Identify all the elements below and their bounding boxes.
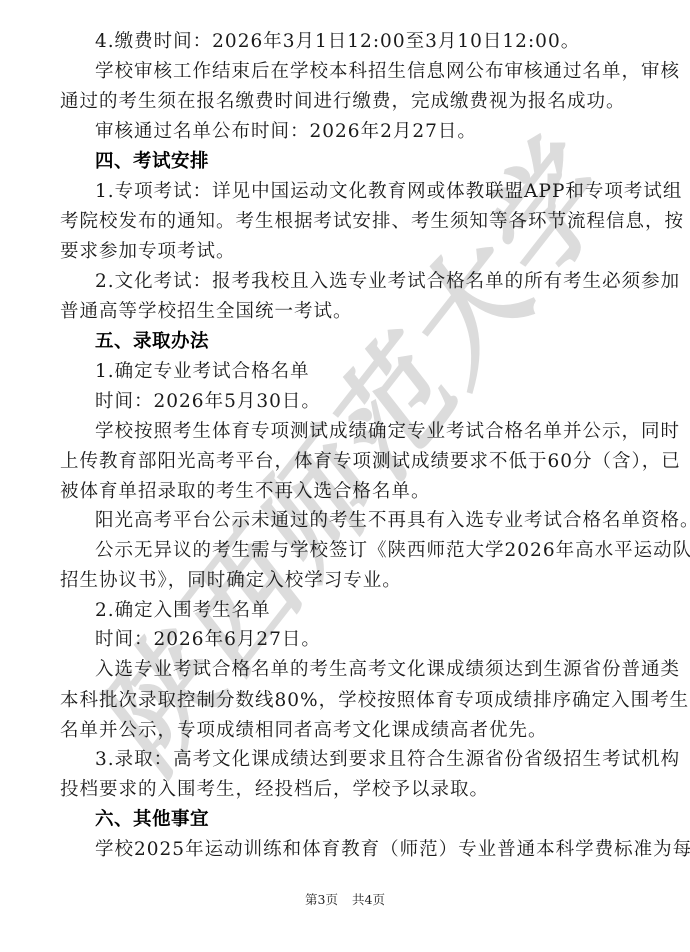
section-heading-admission-method: 五、录取办法 <box>95 327 627 357</box>
subheading-shortlist: 2.确定入围考生名单 <box>95 596 627 626</box>
paragraph-line: 要求参加专项考试。 <box>60 237 627 267</box>
paragraph-line: 名单并公示，专项成绩相同者高考文化课成绩高者优先。 <box>60 716 627 746</box>
paragraph-line: 考院校发布的通知。考生根据考试安排、考生须知等各环节流程信息，按 <box>60 207 627 237</box>
paragraph-line: 招生协议书》，同时确定入校学习专业。 <box>60 566 627 596</box>
paragraph-line: 学校按照考生体育专项测试成绩确定专业考试合格名单并公示，同时 <box>95 417 627 447</box>
paragraph-line: 普通高等学校招生全国统一考试。 <box>60 297 627 327</box>
section-heading-other-matters: 六、其他事宜 <box>95 805 627 835</box>
total-pages-label: 共4页 <box>352 892 385 907</box>
paragraph-line: 投档要求的入围考生，经投档后，学校予以录取。 <box>60 775 627 805</box>
paragraph-line-date: 时间：2026年6月27日。 <box>95 625 627 655</box>
page-footer: 第3页共4页 <box>0 890 690 908</box>
paragraph-line: 学校审核工作结束后在学校本科招生信息网公布审核通过名单，审核 <box>95 57 627 87</box>
paragraph-line: 本科批次录取控制分数线80%，学校按照体育专项成绩排序确定入围考生 <box>60 686 627 716</box>
subheading-qualified-list: 1.确定专业考试合格名单 <box>95 357 627 387</box>
paragraph-line: 入选专业考试合格名单的考生高考文化课成绩须达到生源省份普通类 <box>95 655 627 685</box>
current-page-label: 第3页 <box>305 892 338 907</box>
paragraph-line: 3.录取：高考文化课成绩达到要求且符合生源省份省级招生考试机构 <box>95 745 627 775</box>
paragraph-line: 阳光高考平台公示未通过的考生不再具有入选专业考试合格名单资格。 <box>95 506 627 536</box>
paragraph-line: 公示无异议的考生需与学校签订《陕西师范大学2026年高水平运动队 <box>95 536 627 566</box>
paragraph-line-review-publish-time: 审核通过名单公布时间：2026年2月27日。 <box>95 117 627 147</box>
paragraph-line: 被体育单招录取的考生不再入选合格名单。 <box>60 477 627 507</box>
document-page: 4.缴费时间：2026年3月1日12:00至3月10日12:00。 学校审核工作… <box>0 0 690 952</box>
paragraph-line: 上传教育部阳光高考平台，体育专项测试成绩要求不低于60分（含），已 <box>60 447 627 477</box>
paragraph-line: 学校2025年运动训练和体育教育（师范）专业普通本科学费标准为每 <box>95 835 627 865</box>
paragraph-line: 2.文化考试：报考我校且入选专业考试合格名单的所有考生必须参加 <box>95 267 627 297</box>
paragraph-line: 1.专项考试：详见中国运动文化教育网或体教联盟APP和专项考试组 <box>95 177 627 207</box>
paragraph-line: 通过的考生须在报名缴费时间进行缴费，完成缴费视为报名成功。 <box>60 87 627 117</box>
paragraph-line-fee-time: 4.缴费时间：2026年3月1日12:00至3月10日12:00。 <box>95 27 627 57</box>
paragraph-line-date: 时间：2026年5月30日。 <box>95 387 627 417</box>
section-heading-exam-arrangement: 四、考试安排 <box>95 147 627 177</box>
